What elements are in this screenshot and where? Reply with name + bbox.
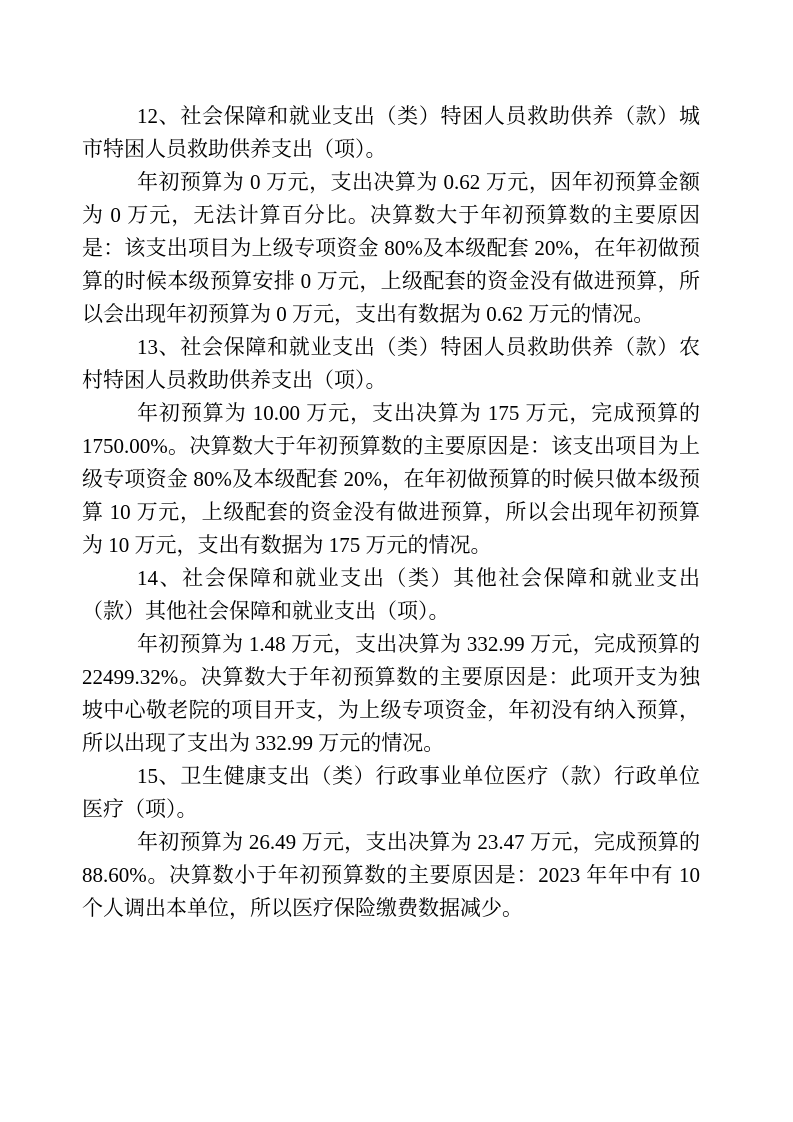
expenditure-item-13-title: 13、社会保障和就业支出（类）特困人员救助供养（款）农村特困人员救助供养支出（项… xyxy=(82,331,700,397)
document-page: 12、社会保障和就业支出（类）特困人员救助供养（款）城市特困人员救助供养支出（项… xyxy=(0,0,793,1122)
expenditure-item-12-title: 12、社会保障和就业支出（类）特困人员救助供养（款）城市特困人员救助供养支出（项… xyxy=(82,100,700,166)
expenditure-item-15-detail: 年初预算为 26.49 万元，支出决算为 23.47 万元，完成预算的 88.6… xyxy=(82,826,700,925)
expenditure-item-14-title: 14、社会保障和就业支出（类）其他社会保障和就业支出（款）其他社会保障和就业支出… xyxy=(82,562,700,628)
expenditure-item-13-detail: 年初预算为 10.00 万元，支出决算为 175 万元，完成预算的 1750.0… xyxy=(82,397,700,562)
expenditure-item-12-detail: 年初预算为 0 万元，支出决算为 0.62 万元，因年初预算金额为 0 万元，无… xyxy=(82,166,700,331)
expenditure-item-14-detail: 年初预算为 1.48 万元，支出决算为 332.99 万元，完成预算的 2249… xyxy=(82,628,700,760)
expenditure-item-15-title: 15、卫生健康支出（类）行政事业单位医疗（款）行政单位医疗（项）。 xyxy=(82,760,700,826)
